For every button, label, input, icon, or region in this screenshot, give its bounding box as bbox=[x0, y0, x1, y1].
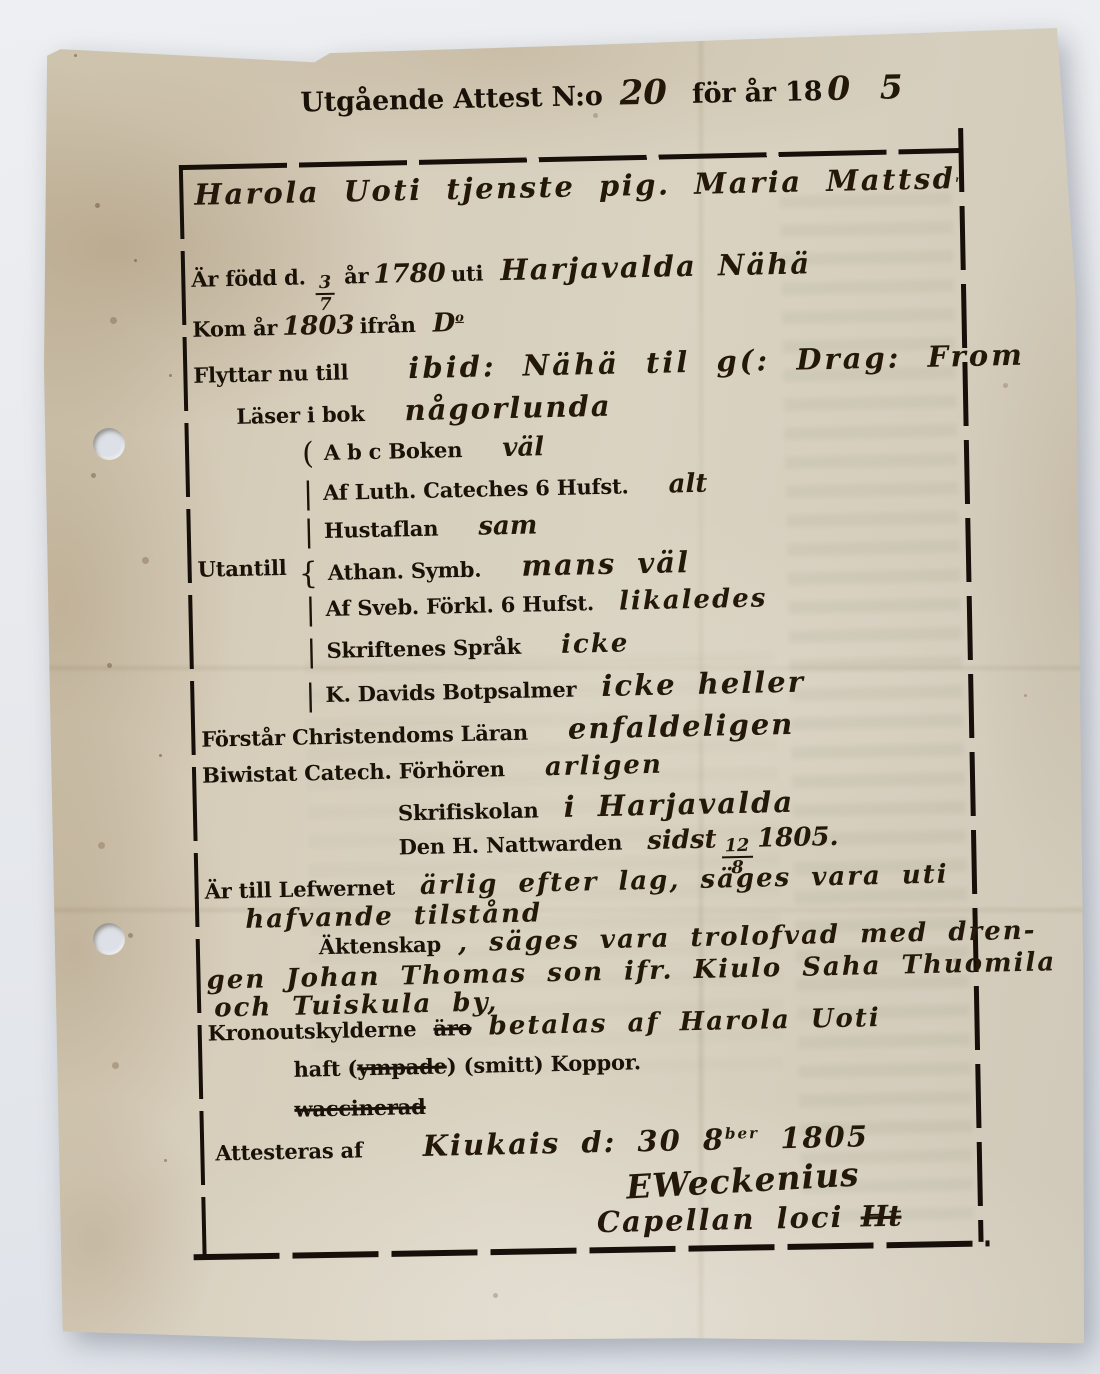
name-superscript: r bbox=[955, 174, 960, 184]
catechism-row-athanasian: {Athan. Symb. mans väl bbox=[298, 547, 690, 590]
born-year-handwritten: 1780 bbox=[373, 258, 446, 290]
born-year-label: år bbox=[344, 263, 369, 289]
athanasian-grade: mans väl bbox=[521, 545, 690, 583]
bracket-mark: | bbox=[305, 678, 316, 713]
pastor-title-handwritten: Capellan loci bbox=[597, 1200, 844, 1239]
inoculated-struck-word: ympade bbox=[357, 1053, 447, 1080]
bracket-mark: | bbox=[305, 592, 316, 627]
hustaflan-label: Hustaflan bbox=[324, 516, 439, 543]
came-line: Kom år 1803 ifrån Do bbox=[192, 310, 464, 343]
athanasian-symbol-label: Athan. Symb. bbox=[328, 557, 482, 585]
scripture-grade: icke bbox=[561, 628, 630, 659]
crown-taxes-struck-word: äro bbox=[433, 1015, 472, 1041]
attended-examinations-label: Biwistat Catech. Förhören bbox=[202, 756, 505, 788]
born-date-fraction: 37 bbox=[310, 261, 339, 292]
document-paper: Utgående Attest N:o 20 för år 18 0 5 Har… bbox=[44, 24, 1084, 1346]
bracket-mark: | bbox=[306, 634, 317, 669]
fraction-numerator: 3 bbox=[316, 274, 335, 295]
conduct-label: Är till Lefwernet bbox=[204, 875, 395, 904]
came-from-handwritten: Do bbox=[432, 308, 464, 339]
vaccinated-line: waccinerad bbox=[294, 1095, 426, 1122]
luther-catechism-grade: alt bbox=[668, 469, 707, 500]
catechism-row-svebilius: |Af Sveb. Förkl. 6 Hufst. likaledes bbox=[305, 585, 768, 625]
luther-catechism-label: Af Luth. Cateches 6 Hufst. bbox=[323, 473, 629, 505]
smallpox-label: ) (smitt) Koppor. bbox=[446, 1049, 641, 1078]
paper-sheet: Utgående Attest N:o 20 för år 18 0 5 Har… bbox=[44, 24, 1084, 1346]
vaccinated-struck-word: waccinerad bbox=[294, 1094, 426, 1122]
writing-school-label: Skrifiskolan bbox=[398, 797, 539, 825]
bracket-mark: ( bbox=[302, 436, 314, 471]
frame-border-bottom bbox=[194, 1240, 990, 1260]
brace-mark: { bbox=[298, 556, 318, 591]
came-year-handwritten: 1803 bbox=[282, 310, 355, 342]
header-printed-text: Utgående Attest N:o bbox=[300, 81, 603, 119]
davids-psalms-grade: icke heller bbox=[601, 665, 805, 703]
document-content: Utgående Attest N:o 20 för år 18 0 5 Har… bbox=[41, 4, 1100, 1348]
davids-psalms-label: K. Davids Botpsalmer bbox=[325, 677, 576, 707]
month-superscript: ber bbox=[725, 1124, 759, 1143]
fraction-numerator: 12 bbox=[722, 837, 753, 858]
born-place-handwritten: Harjavalda Nähä bbox=[500, 246, 811, 287]
utantill-label: Utantill bbox=[197, 556, 286, 582]
attest-number-handwritten: 20 bbox=[619, 72, 667, 113]
year-suffix-handwritten: 0 5 bbox=[827, 67, 912, 108]
moving-label: Flyttar nu till bbox=[193, 359, 348, 387]
understands-doctrine-grade: enfaldeligen bbox=[568, 707, 795, 746]
born-label: Är född d. bbox=[191, 264, 306, 291]
ditto-superscript: o bbox=[455, 310, 464, 325]
signature-title-line: Capellan loci Ht bbox=[597, 1201, 902, 1238]
bracket-mark: | bbox=[303, 514, 314, 549]
photo-of-document: { "photo": { "background_color": "#e7e9e… bbox=[0, 0, 1100, 1374]
reads-label: Läser i bok bbox=[236, 401, 365, 429]
attested-by-label: Attesteras af bbox=[215, 1137, 363, 1165]
crown-taxes-label: Kronoutskylderne bbox=[207, 1016, 416, 1046]
abc-book-grade: väl bbox=[502, 432, 544, 463]
document-header: Utgående Attest N:o 20 för år 18 0 5 bbox=[300, 70, 912, 119]
scripture-language-label: Skriftenes Språk bbox=[326, 634, 521, 663]
abc-book-label: A b c Boken bbox=[324, 437, 463, 465]
smallpox-line: haft (ympade) (smitt) Koppor. bbox=[293, 1050, 641, 1082]
svebilius-explanation-label: Af Sveb. Förkl. 6 Hufst. bbox=[325, 590, 594, 621]
communion-date-handwritten: sidst1281805. bbox=[647, 822, 839, 856]
came-from-label: ifrån bbox=[359, 312, 415, 338]
born-line: Är född d. 37 år 1780 uti Harjavalda Näh… bbox=[191, 248, 812, 316]
communion-label: Den H. Nattwarden bbox=[398, 830, 622, 860]
bracket-mark: | bbox=[303, 476, 314, 511]
came-label: Kom år bbox=[192, 315, 277, 342]
writing-school-value: i Harjavalda bbox=[563, 785, 794, 824]
born-place-label: uti bbox=[451, 260, 484, 286]
catechism-row-abc: (A b c Boken väl bbox=[302, 434, 545, 469]
reads-in-book-line: Läser i bok någorlunda bbox=[236, 391, 612, 430]
signature-paraph-mark: Ht bbox=[860, 1199, 902, 1234]
hustaflan-grade: sam bbox=[478, 510, 538, 541]
catechism-row-luther: |Af Luth. Cateches 6 Hufst. alt bbox=[303, 471, 708, 510]
had-label: haft ( bbox=[293, 1055, 357, 1081]
header-printed-year-text: för år 18 bbox=[692, 76, 823, 110]
attended-examinations-value: arligen bbox=[545, 750, 664, 783]
reads-grade-handwritten: någorlunda bbox=[404, 389, 612, 428]
marriage-label: Äktenskap bbox=[319, 932, 442, 960]
svebilius-grade: likaledes bbox=[619, 583, 768, 616]
catechism-row-hustaflan: |Hustaflan sam bbox=[304, 512, 538, 547]
